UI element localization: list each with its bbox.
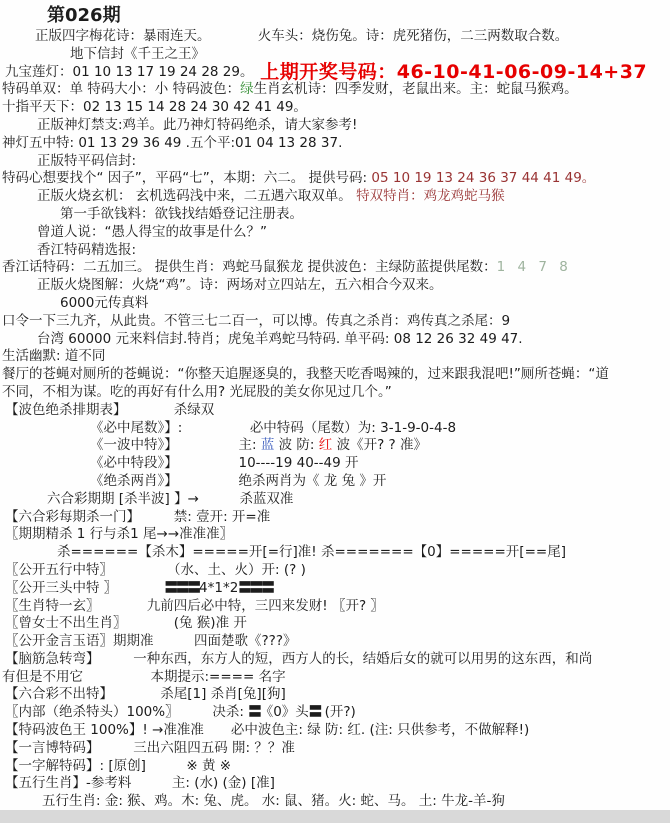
text-segment: 特码心想要找个“ 因子”，平码“七”，本期：六二。 提供号码: [2,170,371,186]
text-line: 六合彩期期 [杀半波] 】→ 杀蓝双准 [2,491,668,509]
text-segment: 地下信封《千王之王》 [70,46,205,62]
text-segment [93,740,134,756]
text-line: 第一手欲钱料：欲钱找结婚登记注册表。 [2,206,668,224]
text-segment: 蓝 [261,437,275,453]
text-segment [133,509,174,525]
text-segment: 正版特平码信封: [37,153,136,169]
text-segment: 波 防: [274,437,318,453]
text-line: 【脑筋急转弯】 一种东西，东方人的短，西方人的长，结婚后女的就可以用男的这东西，… [2,651,668,669]
text-line: 【特码波色王 100%】! →准准准 必中波色主: 绿 防: 红. (注: 只供… [2,722,668,740]
text-segment: 九宝莲灯：01 10 13 17 19 24 28 29。 [5,64,247,80]
text-segment: 生活幽默: 道不同 [2,348,105,364]
text-segment: 正版火烧玄机： 玄机选码浅中来，二五遇六取双单。 [37,188,356,204]
text-line: 特码单双：单 特码大小：小 特码波色：绿生肖玄机诗：四季发财，老鼠出来。主：蛇鼠… [2,81,668,99]
text-segment: （水、土、火）开: (? ) [174,562,306,578]
text-segment: 有但是不用它 [2,669,83,685]
text-segment: 六合彩期期 [杀半波] 】→ [47,491,199,507]
text-segment: 台湾 60000 元来料信封.特肖；虎兔羊鸡蛇马特码. 单平码: 08 12 2… [37,331,523,347]
text-segment: 【脑筋急转弯】 [5,651,93,667]
text-segment: 十指平天下：02 13 15 14 28 24 30 42 41 49。 [2,99,307,115]
text-segment [120,615,174,631]
text-segment: 特码单双：单 特码大小：小 特码波色： [2,81,240,97]
text-segment [204,28,258,44]
text-segment: 6000元传真料 [60,295,148,311]
text-segment [171,473,239,489]
text-segment: 第026期 [47,5,121,26]
text-line: 〖公开金言玉语〗期期准 四面楚歌《???》 [2,633,668,651]
text-segment: 《必中特段》】 [90,455,171,471]
text-line: 〖公开三头中特 〗 〓〓〓4*1*2〓〓〓 [2,580,668,598]
text-segment [111,580,165,596]
text-line: 口令一下三九齐，从此贵。不管三七二百一，可以博。传真之杀肖：鸡传真之杀尾：9 [2,313,668,331]
text-line: 杀======【杀木】=====开[=行]准! 杀=======【0】=====… [2,544,668,562]
last-draw-line: 九宝莲灯：01 10 13 17 19 24 28 29。 上期开奖号码：46-… [2,64,668,82]
text-segment: 餐厅的苍蝇对厕所的苍蝇说：“你整天追腥逐臭的，我整天吃香喝辣的，过来跟我混吧!”… [2,366,609,382]
text-line: 生活幽默: 道不同 [2,348,668,366]
text-line: 【一言博特码】 三出六阻四五码 開: ？？准 [2,740,668,758]
text-segment: 神灯五中特: 01 13 29 36 49 .五个平:01 04 13 28 3… [2,135,342,151]
text-segment: 1 4 7 8 [497,259,572,275]
text-line: 十指平天下：02 13 15 14 28 24 30 42 41 49。 [2,99,668,117]
text-segment: 〖曾女士不出生肖〗 [5,615,120,631]
text-segment [182,420,250,436]
text-line: 正版特平码信封: [2,153,668,171]
text-segment: 不同，不相为谋。吃的再好有什么用? 光屁股的美女你见过几个。” [2,384,392,400]
text-segment: (开?) [320,704,356,720]
text-segment [146,758,187,774]
text-segment: 〓〓〓 [165,580,200,596]
text-segment: 香江话特码：二五加三。 提供生肖：鸡蛇马鼠猴龙 提供波色：主绿防蓝提供尾数： [2,259,497,275]
text-line: 【六合彩不出特】 杀尾[1] 杀肖[兔][狗] [2,686,668,704]
text-segment: 一种东西，东方人的短，西方人的长，结婚后女的就可以用男的这东西，和尚 [133,651,592,667]
text-segment: 杀蓝双准 [239,491,293,507]
text-segment: 九前四后必中特，三四来发财! 〖开? 〗 [147,598,384,614]
text-line: 餐厅的苍蝇对厕所的苍蝇说：“你整天追腥逐臭的，我整天吃香喝辣的，过来跟我混吧!”… [2,366,668,384]
text-line: 《必中特段》】 10----19 40--49 开 [2,455,668,473]
text-line: 6000元传真料 [2,295,668,313]
text-segment: 火车头：烧伤兔。诗：虎死猪伤，二三两数取合数。 [258,28,569,44]
text-segment: 正版四字梅花诗：暴雨连天。 [35,28,204,44]
text-segment: 【一字解特码】: [原创] [5,758,146,774]
text-segment [199,491,240,507]
text-segment: 曾道人说：“愚人得宝的故事是什么？” [37,224,267,240]
text-segment [204,722,231,738]
text-segment: 〖公开三头中特 〗 [5,580,111,596]
lottery-tip-sheet: 第026期正版四字梅花诗：暴雨连天。 火车头：烧伤兔。诗：虎死猪伤，二三两数取合… [0,0,670,811]
text-line: 曾道人说：“愚人得宝的故事是什么？” [2,224,668,242]
text-segment [247,64,261,80]
text-line: 《必中尾数》】: 必中特码（尾数）为: 3-1-9-0-4-8 [2,420,668,438]
text-segment: 杀======【杀木】=====开[=行]准! 杀=======【0】=====… [57,544,566,560]
text-line: 香江特码精选报: [2,242,668,260]
text-line: 台湾 60000 元来料信封.特肖；虎兔羊鸡蛇马特码. 单平码: 08 12 2… [2,331,668,349]
text-segment [172,704,213,720]
footer-strip [0,810,670,823]
text-segment: 10----19 40--49 开 [239,455,359,471]
text-line: 正版火烧图解：火烧“鸡”。诗：两场对立四站左，五六相合今双来。 [2,277,668,295]
text-segment: 杀尾[1] 杀肖[兔][狗] [160,686,285,702]
text-segment: 生肖玄机诗：四季发财，老鼠出来。主：蛇鼠马猴鸡。 [254,81,578,97]
text-segment: 波《开? ? 准》 [332,437,427,453]
text-line: 〖公开五行中特〗 （水、土、火）开: (? ) [2,562,668,580]
text-segment: 四面楚歌《???》 [194,633,297,649]
text-segment: 【五行生肖】-参考料 [5,775,131,791]
text-line: 〖曾女士不出生肖〗 (兔 猴)准 开 [2,615,668,633]
text-segment: 第一手欲钱料：欲钱找结婚登记注册表。 [60,206,303,222]
text-line: 【一字解特码】: [原创] ※ 黄 ※ [2,758,668,776]
text-segment: 【特码波色王 100%】! →准准准 [5,722,204,738]
text-segment: 三出六阻四五码 開: ？？准 [133,740,295,756]
text-line: 香江话特码：二五加三。 提供生肖：鸡蛇马鼠猴龙 提供波色：主绿防蓝提供尾数：1 … [2,259,668,277]
text-line: 【六合彩每期杀一门】 禁: 壹开: 开=准 [2,509,668,527]
text-segment [171,455,239,471]
text-line: 特码心想要找个“ 因子”，平码“七”，本期：六二。 提供号码: 05 10 19… [2,170,668,188]
text-segment: 五行生肖: 金: 猴、鸡。木: 兔、虎。 水: 鼠、猪。火: 蛇、马。 土: 牛… [42,793,505,809]
text-line: 〖内部（绝杀特头）100%〗 决杀: 〓《0》头〓 (开?) [2,704,668,722]
last-draw-numbers: 上期开奖号码：46-10-41-06-09-14+37 [260,61,647,83]
text-segment: 本期提示:==== 名字 [151,669,286,685]
text-segment [83,669,151,685]
text-segment: 禁: 壹开: 开=准 [174,509,271,525]
text-line: 〖生肖特一玄〗 九前四后必中特，三四来发财! 〖开? 〗 [2,598,668,616]
text-segment: 红 [319,437,333,453]
text-segment [120,402,174,418]
text-line: 《绝杀两肖》】 绝杀两肖为《 龙 兔 》开 [2,473,668,491]
text-line: 五行生肖: 金: 猴、鸡。木: 兔、虎。 水: 鼠、猪。火: 蛇、马。 土: 牛… [2,793,668,811]
text-segment: 〖公开五行中特〗 [5,562,106,578]
text-segment: 〓〓〓 [238,580,273,596]
text-segment: 《绝杀两肖》】 [90,473,171,489]
text-segment: 必中波色主: 绿 防: 红. (注: 只供参考，不做解释!) [231,722,529,738]
text-segment: 正版火烧图解：火烧“鸡”。诗：两场对立四站左，五六相合今双来。 [37,277,443,293]
issue-number: 第026期 [2,4,668,28]
text-segment: 【一言博特码】 [5,740,93,756]
text-segment: 绝杀两肖为《 龙 兔 》开 [239,473,387,489]
text-segment: 05 10 19 13 24 36 37 44 41 49。 [371,170,595,186]
text-segment [93,598,147,614]
text-line: 《一波中特》】 主: 蓝 波 防: 红 波《开? ? 准》 [2,437,668,455]
text-line: 正版四字梅花诗：暴雨连天。 火车头：烧伤兔。诗：虎死猪伤，二三两数取合数。 [2,28,668,46]
text-segment: 【六合彩不出特】 [5,686,106,702]
text-segment: 口令一下三九齐，从此贵。不管三七二百一，可以博。传真之杀肖：鸡传真之杀尾：9 [2,313,510,329]
text-segment [171,437,239,453]
text-segment [106,686,160,702]
text-segment: 正版神灯禁支:鸡羊。此乃神灯特码绝杀，请大家参考! [37,117,357,133]
text-line: 【五行生肖】-参考料 主: (水) (金) [准] [2,775,668,793]
text-segment: 绿 [240,81,254,97]
text-segment [93,651,134,667]
text-segment: (兔 猴)准 开 [174,615,247,631]
text-segment: 〖生肖特一玄〗 [5,598,93,614]
text-line: 神灯五中特: 01 13 29 36 49 .五个平:01 04 13 28 3… [2,135,668,153]
text-segment: 《必中尾数》】: [90,420,182,436]
text-segment: 【六合彩每期杀一门】 [5,509,133,525]
text-segment: 必中特码（尾数）为: 3-1-9-0-4-8 [250,420,456,436]
text-segment: 〖期期精杀 1 行与杀1 尾→→准准准〗 [5,526,233,542]
text-segment: 〖公开金言玉语〗期期准 [5,633,154,649]
text-line: 【波色绝杀排期表】 杀绿双 [2,402,668,420]
text-segment: ※ 黄 ※ [186,758,231,774]
text-segment: 4*1*2 [199,580,238,596]
text-segment: 主: (水) (金) [准] [172,775,275,791]
text-line: 有但是不用它 本期提示:==== 名字 [2,669,668,687]
text-line: 正版神灯禁支:鸡羊。此乃神灯特码绝杀，请大家参考! [2,117,668,135]
text-segment [131,775,172,791]
text-segment: 〖内部（绝杀特头）100%〗 [5,704,172,720]
text-segment: 杀绿双 [174,402,215,418]
text-line: 不同，不相为谋。吃的再好有什么用? 光屁股的美女你见过几个。” [2,384,668,402]
text-segment: 《一波中特》】 [90,437,171,453]
text-segment: 〓 [248,704,260,720]
text-segment: 香江特码精选报: [37,242,136,258]
text-segment: 〓 [309,704,321,720]
text-segment: 特双特肖：鸡龙鸡蛇马猴 [356,188,505,204]
text-segment: 主: [239,437,261,453]
text-segment: 【波色绝杀排期表】 [5,402,120,418]
text-line: 正版火烧玄机： 玄机选码浅中来，二五遇六取双单。 特双特肖：鸡龙鸡蛇马猴 [2,188,668,206]
text-segment [106,562,174,578]
text-segment: 决杀: [212,704,248,720]
text-line: 〖期期精杀 1 行与杀1 尾→→准准准〗 [2,526,668,544]
text-segment: 《0》头 [260,704,309,720]
text-segment [154,633,195,649]
